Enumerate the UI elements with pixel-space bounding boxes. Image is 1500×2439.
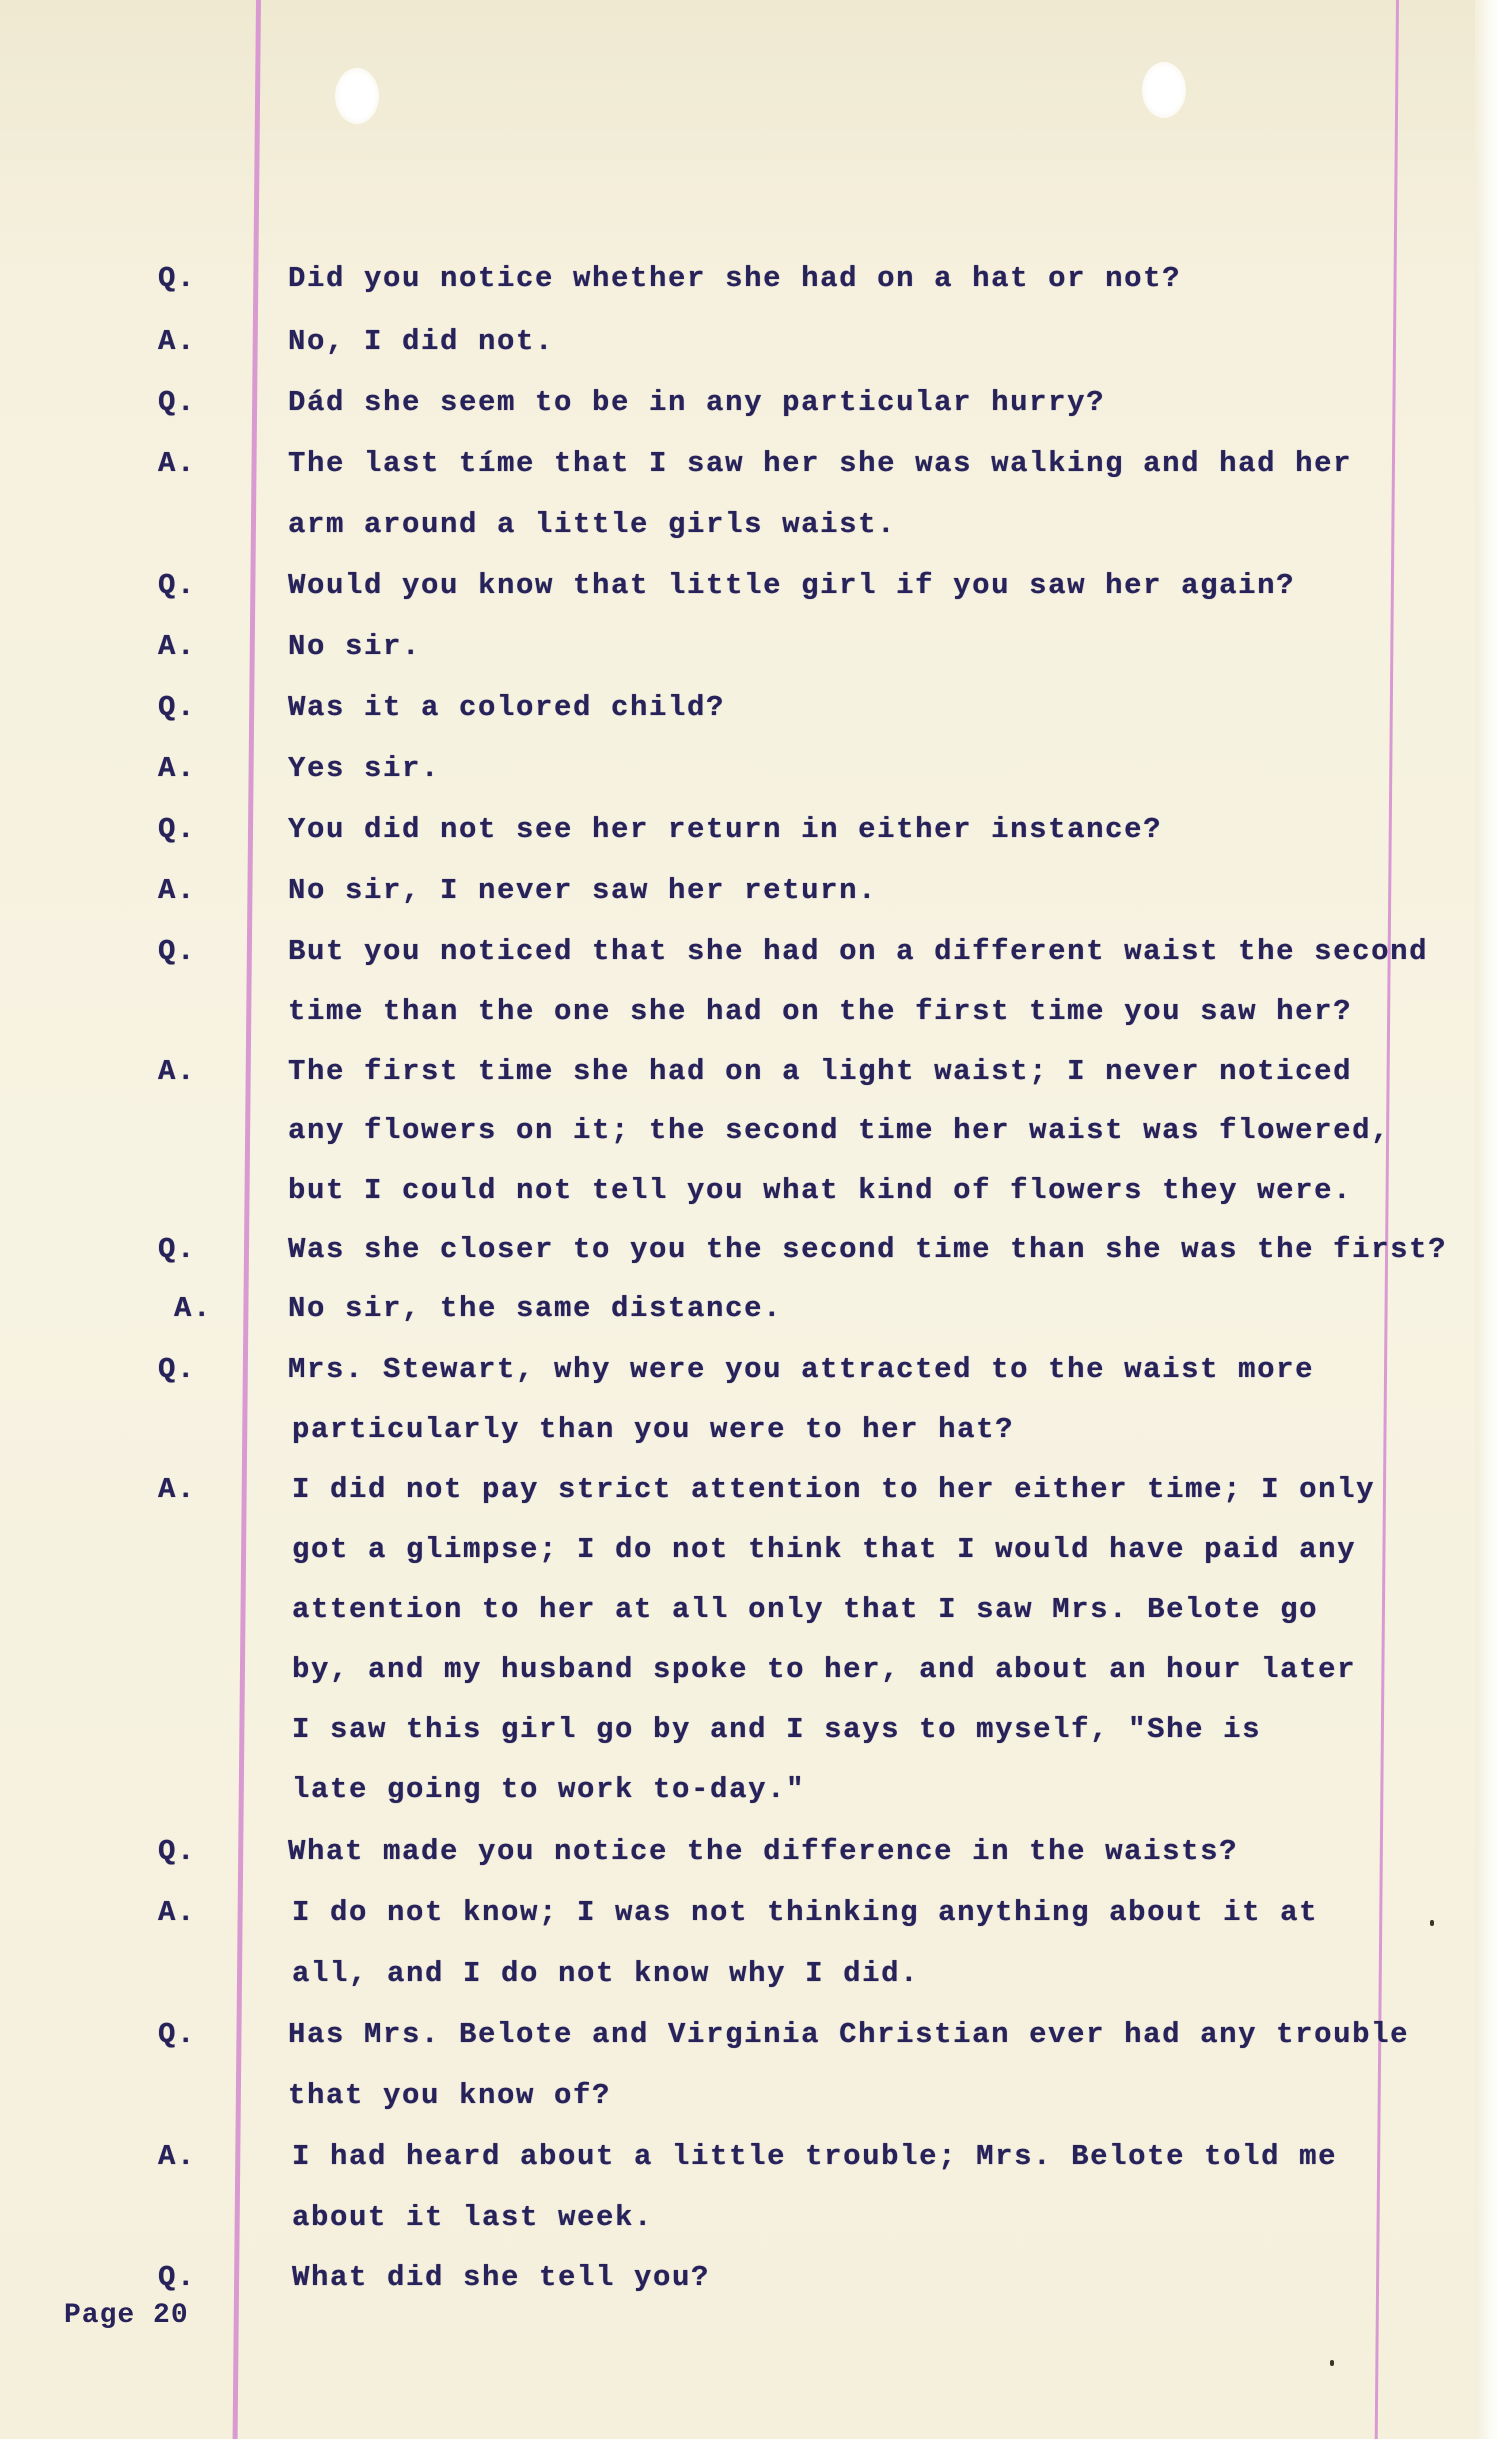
transcript-line: A.I had heard about a little trouble; Mr…: [0, 2140, 1500, 2180]
transcript-line: Q.Has Mrs. Belote and Virginia Christian…: [0, 2018, 1500, 2058]
transcript-line: Q.Would you know that little girl if you…: [0, 569, 1500, 609]
transcript-line: A.I do not know; I was not thinking anyt…: [0, 1896, 1500, 1936]
transcript-line: got a glimpse; I do not think that I wou…: [0, 1533, 1500, 1573]
transcript-line: time than the one she had on the first t…: [0, 995, 1500, 1035]
transcript-line: Q.Was she closer to you the second time …: [0, 1233, 1500, 1273]
transcript-line: A.No, I did not.: [0, 325, 1500, 365]
transcript-line: I saw this girl go by and I says to myse…: [0, 1713, 1500, 1753]
transcript-line: A.No sir, I never saw her return.: [0, 874, 1500, 914]
speaker-label: A.: [158, 630, 198, 663]
page-number: Page 20: [64, 2300, 189, 2331]
line-text: The last tíme that I saw her she was wal…: [288, 447, 1352, 480]
speaker-label: Q.: [158, 813, 198, 846]
speaker-label: A.: [158, 1473, 198, 1506]
transcript-line: Q.Did you notice whether she had on a ha…: [0, 262, 1500, 302]
line-text: all, and I do not know why I did.: [292, 1957, 919, 1990]
transcript-line: by, and my husband spoke to her, and abo…: [0, 1653, 1500, 1693]
paper-speck: [1430, 1920, 1434, 1926]
transcript-line: A.I did not pay strict attention to her …: [0, 1473, 1500, 1513]
transcript-line: A.Yes sir.: [0, 752, 1500, 792]
speaker-label: Q.: [158, 2018, 198, 2051]
speaker-label: Q.: [158, 691, 198, 724]
line-text: No sir, the same distance.: [288, 1292, 782, 1325]
line-text: late going to work to-day.": [292, 1773, 805, 1806]
transcript-line: Q.What made you notice the difference in…: [0, 1835, 1500, 1875]
line-text: I saw this girl go by and I says to myse…: [292, 1713, 1261, 1746]
line-text: particularly than you were to her hat?: [292, 1413, 1014, 1446]
speaker-label: Q.: [158, 569, 198, 602]
speaker-label: A.: [158, 447, 198, 480]
line-text: Mrs. Stewart, why were you attracted to …: [288, 1353, 1314, 1386]
line-text: attention to her at all only that I saw …: [292, 1593, 1318, 1626]
speaker-label: Q.: [158, 386, 198, 419]
transcript-line: A.No sir.: [0, 630, 1500, 670]
line-text: You did not see her return in either ins…: [288, 813, 1162, 846]
punch-hole-left: [335, 68, 379, 124]
speaker-label: A.: [158, 874, 198, 907]
line-text: I do not know; I was not thinking anythi…: [292, 1896, 1318, 1929]
line-text: Yes sir.: [288, 752, 440, 785]
transcript-line: Q.You did not see her return in either i…: [0, 813, 1500, 853]
transcript-line: A.No sir, the same distance.: [0, 1292, 1500, 1332]
speaker-label: Q.: [158, 2261, 198, 2294]
speaker-label: A.: [158, 325, 198, 358]
speaker-label: Q.: [158, 935, 198, 968]
speaker-label: Q.: [158, 1353, 198, 1386]
line-text: but I could not tell you what kind of fl…: [288, 1174, 1352, 1207]
line-text: arm around a little girls waist.: [288, 508, 896, 541]
transcript-line: about it last week.: [0, 2201, 1500, 2241]
speaker-label: Q.: [158, 262, 198, 295]
transcript-line: arm around a little girls waist.: [0, 508, 1500, 548]
transcript-line: any flowers on it; the second time her w…: [0, 1114, 1500, 1154]
transcript-line: but I could not tell you what kind of fl…: [0, 1174, 1500, 1214]
line-text: I had heard about a little trouble; Mrs.…: [292, 2140, 1337, 2173]
transcript-line: Q.Dád she seem to be in any particular h…: [0, 386, 1500, 426]
line-text: What did she tell you?: [292, 2261, 710, 2294]
transcript-page: [0, 0, 1475, 2439]
line-text: about it last week.: [292, 2201, 653, 2234]
line-text: Was she closer to you the second time th…: [288, 1233, 1447, 1266]
line-text: Was it a colored child?: [288, 691, 725, 724]
line-text: But you noticed that she had on a differ…: [288, 935, 1428, 968]
paper-speck: [1330, 2360, 1334, 2366]
line-text: Has Mrs. Belote and Virginia Christian e…: [288, 2018, 1409, 2051]
line-text: by, and my husband spoke to her, and abo…: [292, 1653, 1356, 1686]
transcript-line: Q.What did she tell you?: [0, 2261, 1500, 2301]
line-text: No sir, I never saw her return.: [288, 874, 877, 907]
line-text: Dád she seem to be in any particular hur…: [288, 386, 1105, 419]
line-text: I did not pay strict attention to her ei…: [292, 1473, 1375, 1506]
speaker-label: A.: [158, 1055, 198, 1088]
transcript-line: attention to her at all only that I saw …: [0, 1593, 1500, 1633]
punch-hole-right: [1142, 62, 1186, 118]
transcript-line: late going to work to-day.": [0, 1773, 1500, 1813]
line-text: The first time she had on a light waist;…: [288, 1055, 1352, 1088]
transcript-line: particularly than you were to her hat?: [0, 1413, 1500, 1453]
page-edge: [1475, 0, 1500, 2439]
speaker-label: Q.: [158, 1835, 198, 1868]
line-text: got a glimpse; I do not think that I wou…: [292, 1533, 1356, 1566]
speaker-label: Q.: [158, 1233, 198, 1266]
speaker-label: A.: [158, 2140, 198, 2173]
line-text: What made you notice the difference in t…: [288, 1835, 1238, 1868]
transcript-line: Q.Mrs. Stewart, why were you attracted t…: [0, 1353, 1500, 1393]
transcript-line: A.The first time she had on a light wais…: [0, 1055, 1500, 1095]
speaker-label: A.: [158, 752, 198, 785]
line-text: time than the one she had on the first t…: [288, 995, 1352, 1028]
transcript-line: Q.Was it a colored child?: [0, 691, 1500, 731]
line-text: Would you know that little girl if you s…: [288, 569, 1295, 602]
line-text: Did you notice whether she had on a hat …: [288, 262, 1181, 295]
transcript-line: that you know of?: [0, 2079, 1500, 2119]
speaker-label: A.: [174, 1292, 214, 1325]
line-text: that you know of?: [288, 2079, 611, 2112]
speaker-label: A.: [158, 1896, 198, 1929]
line-text: any flowers on it; the second time her w…: [288, 1114, 1390, 1147]
line-text: No sir.: [288, 630, 421, 663]
transcript-line: all, and I do not know why I did.: [0, 1957, 1500, 1997]
transcript-line: Q.But you noticed that she had on a diff…: [0, 935, 1500, 975]
transcript-line: A.The last tíme that I saw her she was w…: [0, 447, 1500, 487]
line-text: No, I did not.: [288, 325, 554, 358]
